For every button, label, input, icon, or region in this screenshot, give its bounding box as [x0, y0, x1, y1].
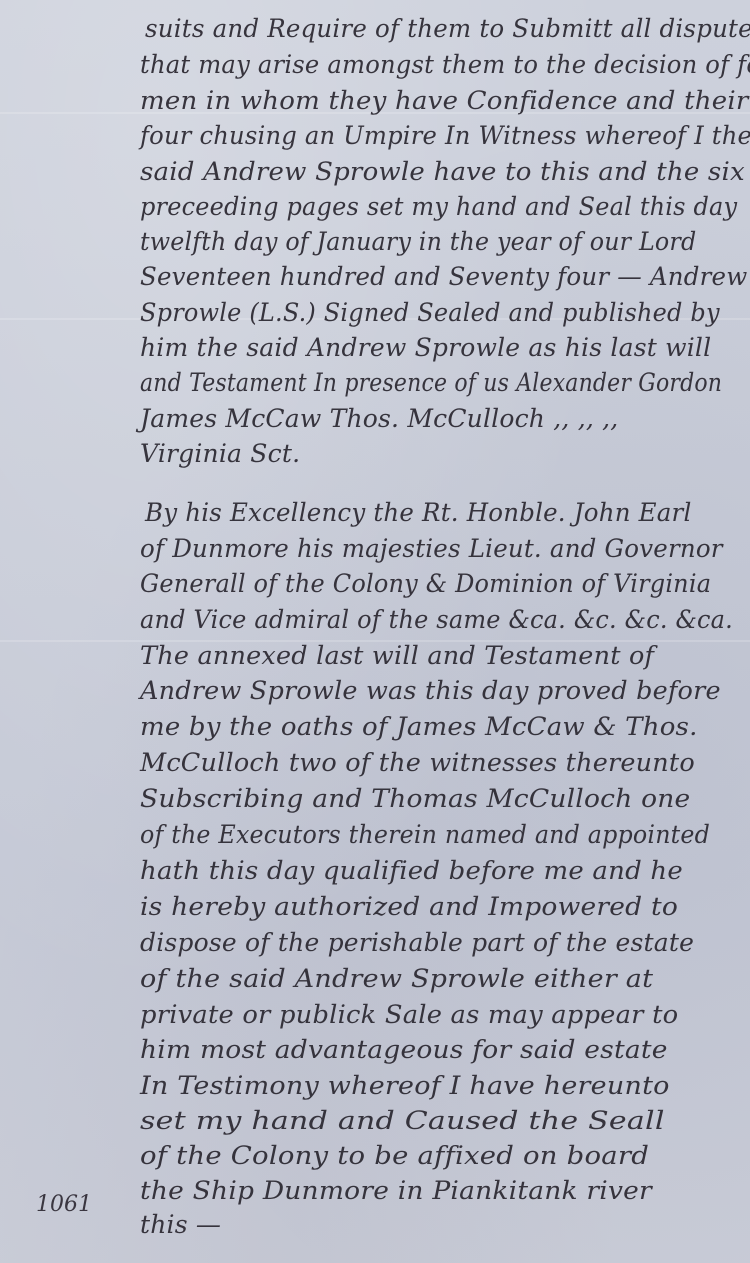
text-line: Andrew Sprowle was this day proved befor…: [140, 676, 721, 705]
text-line: said Andrew Sprowle have to this and the…: [140, 157, 745, 186]
text-line: four chusing an Umpire In Witness whereo…: [140, 121, 750, 150]
text-line: and Testament In presence of us Alexande…: [140, 368, 722, 397]
text-line: suits and Require of them to Submitt all…: [145, 14, 750, 43]
text-line: and Vice admiral of the same &ca. &c. &c…: [140, 605, 733, 634]
text-line: me by the oaths of James McCaw & Thos.: [140, 712, 698, 741]
text-line: Sprowle (L.S.) Signed Sealed and publish…: [140, 298, 720, 327]
text-line: of the Executors therein named and appoi…: [140, 820, 710, 849]
text-line: Seventeen hundred and Seventy four — And…: [140, 262, 747, 291]
text-line: private or publick Sale as may appear to: [140, 1000, 678, 1029]
text-line: In Testimony whereof I have hereunto: [140, 1071, 670, 1100]
text-line: him most advantageous for said estate: [140, 1035, 668, 1064]
text-line: hath this day qualified before me and he: [140, 856, 683, 885]
text-line: Subscribing and Thomas McCulloch one: [140, 784, 690, 813]
page-number: 1061: [36, 1192, 92, 1217]
text-line: The annexed last will and Testament of: [140, 641, 654, 670]
text-line: Virginia Sct.: [140, 439, 300, 468]
text-line: set my hand and Caused the Seall: [140, 1106, 665, 1135]
text-line: Generall of the Colony & Dominion of Vir…: [140, 569, 711, 598]
text-line: that may arise amongst them to the decis…: [140, 50, 750, 79]
text-line: this —: [140, 1210, 221, 1239]
text-line: dispose of the perishable part of the es…: [140, 928, 694, 957]
text-line: of the Colony to be affixed on board: [140, 1141, 649, 1170]
text-line: him the said Andrew Sprowle as his last …: [140, 333, 711, 362]
text-line: McCulloch two of the witnesses thereunto: [140, 748, 695, 777]
text-line: By his Excellency the Rt. Honble. John E…: [145, 498, 691, 527]
text-line: men in whom they have Confidence and the…: [140, 86, 749, 115]
text-line: twelfth day of January in the year of ou…: [140, 227, 696, 256]
text-line: is hereby authorized and Impowered to: [140, 892, 678, 921]
text-line: of the said Andrew Sprowle either at: [140, 964, 653, 993]
text-line: the Ship Dunmore in Piankitank river: [140, 1176, 652, 1205]
text-line: preceeding pages set my hand and Seal th…: [140, 192, 737, 221]
manuscript-page: suits and Require of them to Submitt all…: [0, 0, 750, 1263]
text-line: James McCaw Thos. McCulloch ,, ,, ,,: [140, 404, 618, 433]
text-line: of Dunmore his majesties Lieut. and Gove…: [140, 534, 723, 563]
